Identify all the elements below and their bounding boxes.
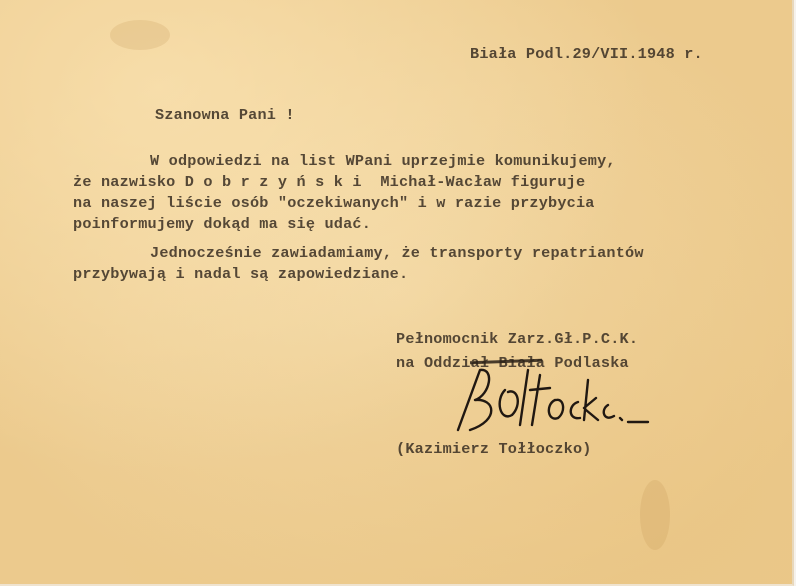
body-line-1: W odpowiedzi na list WPani uprzejmie kom… [150,152,616,170]
body-line-6: przybywają i nadal są zapowiedziane. [73,265,408,283]
paper-stain [110,20,170,50]
body-line-4: poinformujemy dokąd ma się udać. [73,215,371,233]
paper-stain [640,480,670,550]
typed-name: (Kazimierz Tołłoczko) [396,440,592,458]
body-line-2: że nazwisko D o b r z y ń s k i Michał-W… [73,173,585,191]
postcard: Biała Podl.29/VII.1948 r. Szanowna Pani … [0,0,794,586]
place-date: Biała Podl.29/VII.1948 r. [470,45,703,63]
signatory-title: Pełnomocnik Zarz.Gł.P.C.K. [396,330,638,348]
handwritten-signature [450,360,650,440]
body-line-3: na naszej liście osób "oczekiwanych" i w… [73,194,595,212]
greeting: Szanowna Pani ! [155,106,295,124]
body-line-5: Jednocześnie zawiadamiamy, że transporty… [150,244,644,262]
